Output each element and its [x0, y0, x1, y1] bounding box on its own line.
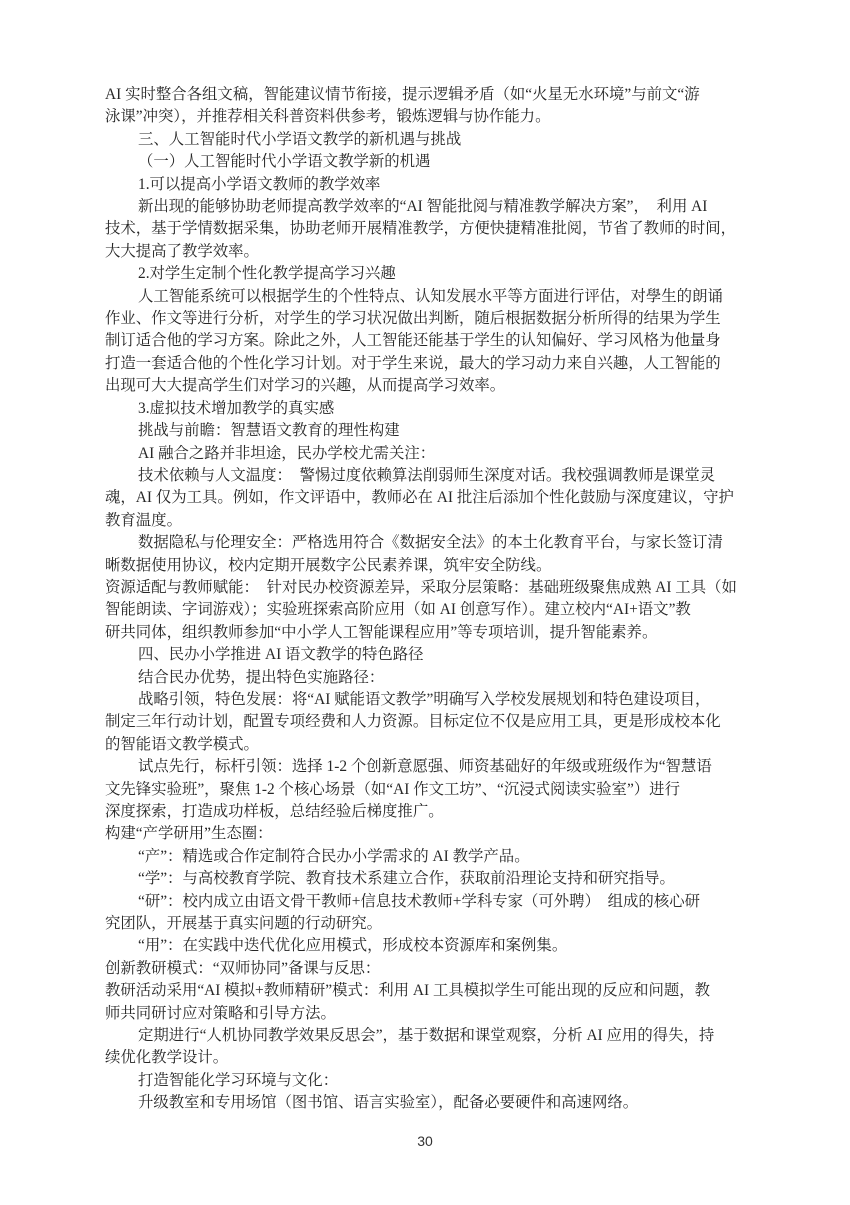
text-line: 数据隐私与伦理安全：严格选用符合《数据安全法》的本土化教育平台，与家长签订清 — [105, 532, 741, 554]
page-number: 30 — [0, 1133, 850, 1149]
text-line: 新出现的能够协助老师提高教学效率的“AI 智能批阅与精准教学解决方案”， 利用 … — [105, 196, 741, 218]
text-line: 究团队，开展基于真实问题的行动研究。 — [105, 913, 741, 935]
text-line: 教研活动采用“AI 模拟+教师精研”模式：利用 AI 工具模拟学生可能出现的反应… — [105, 980, 741, 1002]
text-line: AI 融合之路并非坦途，民办学校尤需关注： — [105, 443, 741, 465]
text-line: 智能朗读、字词游戏）；实验班探索高阶应用（如 AI 创意写作）。建立校内“AI+… — [105, 599, 741, 621]
text-line: 技术，基于学情数据采集，协助老师开展精准教学，方便快捷精准批阅，节省了教师的时间… — [105, 218, 741, 240]
text-line: “研”：校内成立由语文骨干教师+信息技术教师+学科专家（可外聘） 组成的核心研 — [105, 891, 741, 913]
text-line: 师共同研讨应对策略和引导方法。 — [105, 1003, 741, 1025]
text-line: 出现可大大提高学生们对学习的兴趣，从而提高学习效率。 — [105, 375, 741, 397]
text-line: 结合民办优势，提出特色实施路径： — [105, 667, 741, 689]
text-line: 战略引领，特色发展：将“AI 赋能语文教学”明确写入学校发展规划和特色建设项目， — [105, 689, 741, 711]
text-line: 三、人工智能时代小学语文教学的新机遇与挑战 — [105, 129, 741, 151]
text-line: 制订适合他的学习方案。除此之外，人工智能还能基于学生的认知偏好、学习风格为他量身 — [105, 330, 741, 352]
text-line: 晰数据使用协议，校内定期开展数字公民素养课，筑牢安全防线。 — [105, 555, 741, 577]
text-block: AI 实时整合各组文稿，智能建议情节衔接，提示逻辑矛盾（如“火星无水环境”与前文… — [105, 84, 741, 1115]
text-line: 教育温度。 — [105, 510, 741, 532]
text-line: 1.可以提高小学语文教师的教学效率 — [105, 174, 741, 196]
text-line: 魂，AI 仅为工具。例如，作文评语中，教师必在 AI 批注后添加个性化鼓励与深度… — [105, 487, 741, 509]
text-line: 四、民办小学推进 AI 语文教学的特色路径 — [105, 644, 741, 666]
text-line: 制定三年行动计划，配置专项经费和人力资源。目标定位不仅是应用工具，更是形成校本化 — [105, 711, 741, 733]
text-line: 泳课”冲突），并推荐相关科普资料供参考，锻炼逻辑与协作能力。 — [105, 106, 741, 128]
text-line: 研共同体，组织教师参加“中小学人工智能课程应用”等专项培训，提升智能素养。 — [105, 622, 741, 644]
text-line: 人工智能系统可以根据学生的个性特点、认知发展水平等方面进行评估，对學生的朗诵 — [105, 286, 741, 308]
text-line: 试点先行，标杆引领：选择 1-2 个创新意愿强、师资基础好的年级或班级作为“智慧… — [105, 756, 741, 778]
text-line: 定期进行“人机协同教学效果反思会”，基于数据和课堂观察，分析 AI 应用的得失，… — [105, 1025, 741, 1047]
document-page: AI 实时整合各组文稿，智能建议情节衔接，提示逻辑矛盾（如“火星无水环境”与前文… — [0, 0, 850, 1205]
text-line: （一）人工智能时代小学语文教学新的机遇 — [105, 151, 741, 173]
text-line: 文先锋实验班”，聚焦 1-2 个核心场景（如“AI 作文工坊”、“沉浸式阅读实验… — [105, 779, 741, 801]
text-line: 挑战与前瞻：智慧语文教育的理性构建 — [105, 420, 741, 442]
text-line: 深度探索，打造成功样板，总结经验后梯度推广。 — [105, 801, 741, 823]
text-line: 3.虚拟技术增加教学的真实感 — [105, 398, 741, 420]
text-line: 构建“产学研用”生态圈： — [105, 823, 741, 845]
text-line: 创新教研模式：“双师协同”备课与反思： — [105, 958, 741, 980]
text-line: “用”：在实践中迭代优化应用模式，形成校本资源库和案例集。 — [105, 935, 741, 957]
text-line: 技术依赖与人文温度： 警惕过度依赖算法削弱师生深度对话。我校强调教师是课堂灵 — [105, 465, 741, 487]
text-line: 作业、作文等进行分析，对学生的学习状况做出判断，随后根据数据分析所得的结果为学生 — [105, 308, 741, 330]
text-line: 打造智能化学习环境与文化： — [105, 1070, 741, 1092]
text-line: AI 实时整合各组文稿，智能建议情节衔接，提示逻辑矛盾（如“火星无水环境”与前文… — [105, 84, 741, 106]
text-line: 升级教室和专用场馆（图书馆、语言实验室），配备必要硬件和高速网络。 — [105, 1092, 741, 1114]
text-line: 大大提高了教学效率。 — [105, 241, 741, 263]
text-line: 的智能语文教学模式。 — [105, 734, 741, 756]
text-line: 资源适配与教师赋能： 针对民办校资源差异，采取分层策略：基础班级聚焦成熟 AI … — [105, 577, 741, 599]
text-line: “学”：与高校教育学院、教育技术系建立合作，获取前沿理论支持和研究指导。 — [105, 868, 741, 890]
text-line: 续优化教学设计。 — [105, 1047, 741, 1069]
text-line: 打造一套适合他的个性化学习计划。对于学生来说，最大的学习动力来自兴趣，人工智能的 — [105, 353, 741, 375]
text-line: 2.对学生定制个性化教学提高学习兴趣 — [105, 263, 741, 285]
text-line: “产”：精选或合作定制符合民办小学需求的 AI 教学产品。 — [105, 846, 741, 868]
